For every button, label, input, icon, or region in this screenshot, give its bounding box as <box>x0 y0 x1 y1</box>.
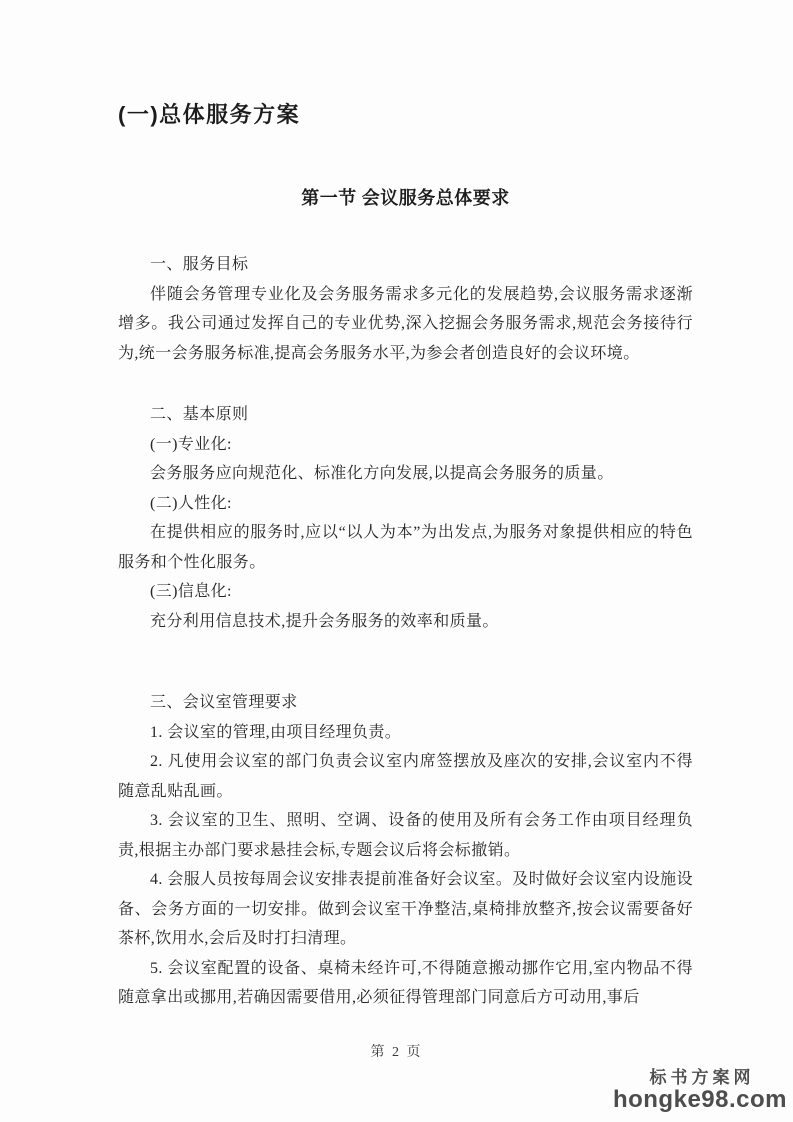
document-content: (一)总体服务方案 第一节 会议服务总体要求 一、服务目标 伴随会务管理专业化及… <box>0 100 793 1013</box>
subsection-heading: 三、会议室管理要求 <box>118 688 693 718</box>
subsection-heading: 一、服务目标 <box>118 250 693 280</box>
list-item-heading: (二)人性化: <box>118 489 693 519</box>
list-item-heading: (三)信息化: <box>118 577 693 607</box>
paragraph: 在提供相应的服务时,应以“以人为本”为出发点,为服务对象提供相应的特色服务和个性… <box>118 518 693 577</box>
numbered-item: 4. 会服人员按每周会议安排表提前准备好会议室。及时做好会议室内设施设备、会务方… <box>118 865 693 954</box>
numbered-item: 5. 会议室配置的设备、桌椅未经许可,不得随意搬动挪作它用,室内物品不得随意拿出… <box>118 954 693 1013</box>
section-heading: 第一节 会议服务总体要求 <box>118 185 693 211</box>
paragraph: 充分利用信息技术,提升会务服务的效率和质量。 <box>118 607 693 637</box>
document-page: (一)总体服务方案 第一节 会议服务总体要求 一、服务目标 伴随会务管理专业化及… <box>0 0 793 1122</box>
paragraph: 会务服务应向规范化、标准化方向发展,以提高会务服务的质量。 <box>118 459 693 489</box>
watermark-site-name: 标书方案网 <box>613 1069 791 1087</box>
section-service-goal: 一、服务目标 伴随会务管理专业化及会务服务需求多元化的发展趋势,会议服务需求逐渐… <box>118 250 693 368</box>
document-title: (一)总体服务方案 <box>118 100 693 130</box>
numbered-item: 3. 会议室的卫生、照明、空调、设备的使用及所有会务工作由项目经理负责,根据主办… <box>118 806 693 865</box>
list-item-heading: (一)专业化: <box>118 430 693 460</box>
numbered-item: 1. 会议室的管理,由项目经理负责。 <box>118 718 693 748</box>
numbered-item: 2. 凡使用会议室的部门负责会议室内席签摆放及座次的安排,会议室内不得随意乱贴乱… <box>118 747 693 806</box>
subsection-heading: 二、基本原则 <box>118 400 693 430</box>
paragraph: 伴随会务管理专业化及会务服务需求多元化的发展趋势,会议服务需求逐渐增多。我公司通… <box>118 280 693 369</box>
site-watermark: 标书方案网 hongke98.com <box>613 1069 787 1112</box>
watermark-site-domain: hongke98.com <box>613 1087 787 1112</box>
section-meeting-room-management: 三、会议室管理要求 1. 会议室的管理,由项目经理负责。 2. 凡使用会议室的部… <box>118 688 693 1013</box>
section-basic-principles: 二、基本原则 (一)专业化: 会务服务应向规范化、标准化方向发展,以提高会务服务… <box>118 400 693 636</box>
page-number-footer: 第 2 页 <box>0 1041 793 1061</box>
